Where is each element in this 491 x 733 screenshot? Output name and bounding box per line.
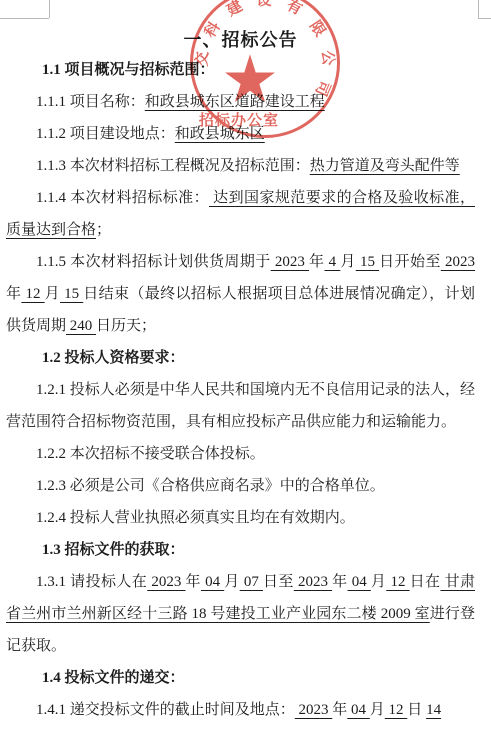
paragraph: 1.2.4 投标人营业执照必须真实且均在有效期内。 bbox=[6, 502, 475, 534]
text-segment: 1.2 投标人资格要求： bbox=[42, 350, 185, 366]
text-segment: 1.3.1 请投标人在 bbox=[36, 574, 147, 590]
field-value: 07 bbox=[240, 574, 263, 590]
document-body: 一、招标公告 1.1 项目概况与招标范围：1.1.1 项目名称：和政县城东区道路… bbox=[0, 0, 491, 733]
text-segment: 月 bbox=[224, 574, 239, 590]
text-segment: 1.1.3 本次材料招标工程概况及招标范围： bbox=[36, 158, 310, 174]
paragraph: 1.2.2 本次招标不接受联合体投标。 bbox=[6, 438, 475, 470]
paragraph: 1.1.1 项目名称：和政县城东区道路建设工程 bbox=[6, 86, 475, 118]
field-value: 和政县城东区道路建设工程 bbox=[145, 94, 325, 110]
text-segment: 月 bbox=[340, 254, 355, 270]
text-segment: 日至 bbox=[263, 574, 294, 590]
text-segment: 月 bbox=[370, 702, 385, 718]
paragraph: 1.3.1 请投标人在 2023 年 04 月 07 日至 2023 年 04 … bbox=[6, 566, 475, 662]
text-segment: 日开始至 bbox=[379, 254, 441, 270]
text-segment: 年 bbox=[332, 702, 347, 718]
field-value: 2023 bbox=[295, 702, 333, 718]
text-segment: 年 bbox=[332, 574, 347, 590]
section-heading: 1.1 项目概况与招标范围： bbox=[6, 54, 475, 86]
field-value: 14 bbox=[426, 702, 441, 718]
field-value: 15 bbox=[60, 286, 83, 302]
text-segment: 1.2.4 投标人营业执照必须真实且均在有效期内。 bbox=[36, 510, 355, 526]
text-segment: 1.4.1 递交投标文件的截止时间及地点： bbox=[36, 702, 295, 718]
paragraph: 1.1.2 项目建设地点：和政县城东区 bbox=[6, 118, 475, 150]
text-segment: 1.1 项目概况与招标范围： bbox=[42, 62, 215, 78]
text-segment: 1.2.1 投标人必须是中华人民共和国境内无不良信用记录的法人，经营范围符合招标… bbox=[6, 382, 475, 430]
field-value: 和政县城东区 bbox=[175, 126, 265, 142]
field-value: 热力管道及弯头配件等 bbox=[310, 158, 460, 174]
section-heading: 1.3 招标文件的获取： bbox=[6, 534, 475, 566]
paragraph: 1.1.3 本次材料招标工程概况及招标范围：热力管道及弯头配件等 bbox=[6, 150, 475, 182]
field-value: 2023 bbox=[271, 254, 309, 270]
paragraph: 1.2.1 投标人必须是中华人民共和国境内无不良信用记录的法人，经营范围符合招标… bbox=[6, 374, 475, 438]
field-value: 12 bbox=[21, 286, 44, 302]
text-segment: 1.2.2 本次招标不接受联合体投标。 bbox=[36, 446, 265, 462]
field-value: 12 bbox=[385, 702, 408, 718]
field-value: 04 bbox=[347, 702, 370, 718]
text-segment: ； bbox=[96, 222, 111, 238]
paragraph: 1.1.4 本次材料招标标准： 达到国家规范要求的合格及验收标准，质量达到合格； bbox=[6, 182, 475, 246]
field-value: 2023 bbox=[294, 574, 332, 590]
field-value: 04 bbox=[348, 574, 371, 590]
text-segment: 日在 bbox=[410, 574, 441, 590]
text-segment: 日历天； bbox=[96, 318, 156, 334]
paragraph: 1.4.1 递交投标文件的截止时间及地点： 2023 年 04 月 12 日 1… bbox=[6, 694, 475, 726]
document-page: { "document": { "title": "一、招标公告", "seal… bbox=[0, 0, 491, 733]
field-value: 15 bbox=[356, 254, 379, 270]
field-value: 240 bbox=[66, 318, 96, 334]
field-value: 12 bbox=[386, 574, 409, 590]
text-segment: 1.1.1 项目名称： bbox=[36, 94, 145, 110]
paragraph: 1.2.3 必须是公司《合格供应商名录》中的合格单位。 bbox=[6, 470, 475, 502]
text-segment: 月 bbox=[371, 574, 386, 590]
field-value: 2023 bbox=[147, 574, 185, 590]
document-title: 一、招标公告 bbox=[6, 26, 475, 54]
text-segment: 1.2.3 必须是公司《合格供应商名录》中的合格单位。 bbox=[36, 478, 385, 494]
text-segment: 1.1.2 项目建设地点： bbox=[36, 126, 175, 142]
text-segment: 日 bbox=[407, 702, 426, 718]
text-segment: 年 bbox=[6, 286, 21, 302]
text-segment: 1.4 投标文件的递交： bbox=[42, 670, 185, 686]
text-segment: 月 bbox=[45, 286, 60, 302]
paragraph: 1.1.5 本次材料招标计划供货周期于 2023 年 4 月 15 日开始至 2… bbox=[6, 246, 475, 342]
text-segment: 年 bbox=[186, 574, 201, 590]
field-value: 2023 bbox=[441, 254, 475, 270]
text-segment: 1.1.4 本次材料招标标准： bbox=[36, 190, 209, 206]
field-value: 04 bbox=[201, 574, 224, 590]
section-heading: 1.2 投标人资格要求： bbox=[6, 342, 475, 374]
text-segment: 1.3 招标文件的获取： bbox=[42, 542, 185, 558]
text-segment: 1.1.5 本次材料招标计划供货周期于 bbox=[36, 254, 271, 270]
field-value: 4 bbox=[324, 254, 340, 270]
text-segment: 年 bbox=[309, 254, 324, 270]
section-heading: 1.4 投标文件的递交： bbox=[6, 662, 475, 694]
